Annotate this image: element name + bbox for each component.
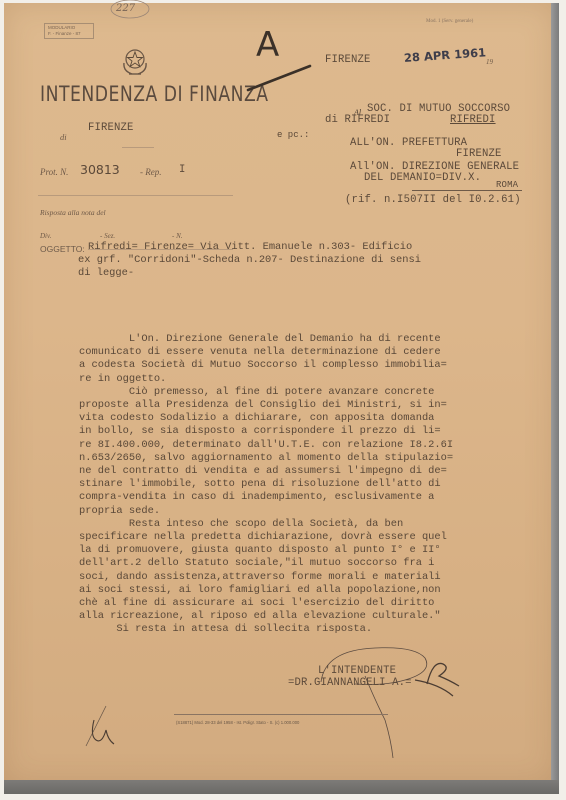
body-line: chè al fine di assicurare ai soci l'eser… <box>79 597 434 610</box>
office-title: INTENDENZA DI FINANZA <box>40 82 269 106</box>
subject-line-3: di legge- <box>78 267 134 280</box>
body-line: re in oggetto. <box>79 373 166 386</box>
signature-loop-icon <box>423 658 463 688</box>
body-line: Resta inteso che scopo della Società, da… <box>79 518 403 531</box>
model-label: Mod. 1 (Serv. generale) <box>426 19 473 24</box>
signature-name: =DR.GIANNANGELI A.= <box>288 677 412 689</box>
protocol-label: Prot. N. <box>40 167 68 177</box>
signature-title: L'INTENDENTE <box>318 665 396 677</box>
reply-label: Risposta alla nota del <box>40 208 106 217</box>
cc-rule <box>412 190 522 191</box>
italian-republic-emblem-icon <box>120 45 150 77</box>
modulario-box: MODULARIO F. - Finanze - 87 <box>44 23 94 39</box>
body-line: Si resta in attesa di sollecita risposta… <box>79 623 372 636</box>
subject-label: OGGETTO: <box>40 244 85 254</box>
body-line: dell'art.2 dello Statuto sociale,"il mut… <box>79 557 434 570</box>
year-suffix: 19 <box>486 58 493 66</box>
rep-value: I <box>179 164 186 176</box>
body-line: proposte alla Presidenza del Consiglio d… <box>79 399 447 412</box>
cc-line-5: ROMA <box>496 180 518 190</box>
body-line: vita codesto Sodalizio a dichiarare, con… <box>79 412 434 425</box>
body-line: compra-vendita in caso di inadempimento,… <box>79 491 434 504</box>
cc-label: e pc.: <box>277 130 309 140</box>
body-line: L'On. Direzione Generale del Demanio ha … <box>79 333 441 346</box>
footer-print: (S18871) Mod. 28-33 del 1958 - Ist. Poli… <box>176 720 299 725</box>
body-line: soci, dando assistenza,attraverso forme … <box>79 571 441 584</box>
recipient-line-2: di RIFREDI <box>325 114 390 126</box>
body-line: n.653/2650, salvo aggiornamento al momen… <box>79 452 453 465</box>
div-label: Div. <box>40 232 51 240</box>
body-line: comunicato di essere venuta nella determ… <box>79 346 441 359</box>
body-line: la di promuovere, giusta quanto disposto… <box>79 544 441 557</box>
body-line: stinare l'immobile, sotto pena di risolu… <box>79 478 441 491</box>
handwritten-stroke-icon <box>246 62 314 94</box>
body-line: specificare nella predetta dichiarazione… <box>79 531 447 544</box>
office-city-rule <box>122 147 154 148</box>
protocol-rule <box>38 195 233 196</box>
cc-line-4: DEL DEMANIO=DIV.X. <box>364 172 481 184</box>
body-line: propria sede. <box>79 505 160 518</box>
scan-edge-right <box>551 3 559 783</box>
body-line: Ciò premesso, al fine di potere avanzare… <box>79 386 434 399</box>
office-di-label: di <box>60 132 67 142</box>
initials-handwritten-icon <box>80 700 120 750</box>
subject-line-1: Rifredi= Firenze= Via Vitt. Emanuele n.3… <box>88 241 412 254</box>
rep-label: - Rep. <box>140 167 162 177</box>
sez-label: - Sez. <box>100 232 115 240</box>
reference: (rif. n.I507II del I0.2.61) <box>345 194 521 206</box>
footer-rule <box>174 714 388 715</box>
office-city: FIRENZE <box>88 122 134 134</box>
recipient-city: RIFREDI <box>450 114 496 126</box>
body-line: re 8I.400.000, determinato dall'U.T.E. c… <box>79 439 453 452</box>
archive-number: 227 <box>116 3 135 14</box>
n-label: - N. <box>172 232 183 240</box>
body-line: in bollo, se sia disposto a corrisponder… <box>79 425 441 438</box>
modulario-line-2: F. - Finanze - 87 <box>48 31 90 37</box>
body-line: alla ricreazione, al riposo ed alla elev… <box>79 610 441 623</box>
protocol-number: 30813 <box>80 162 120 177</box>
handwritten-letter: A <box>256 25 279 65</box>
body-line: a codesta Società di Mutuo Soccorso il c… <box>79 359 447 372</box>
subject-line-2: ex grf. "Corridoni"-Scheda n.207- Destin… <box>78 254 421 267</box>
scan-edge-bottom <box>4 780 559 794</box>
cc-line-2: FIRENZE <box>456 148 502 160</box>
cc-line-1: ALL'ON. PREFETTURA <box>350 137 467 149</box>
body-line: ai soci stessi, ai loro famigliari ed al… <box>79 584 441 597</box>
body-line: ne del contratto di vendita e ad assumer… <box>79 465 447 478</box>
place: FIRENZE <box>325 54 371 66</box>
